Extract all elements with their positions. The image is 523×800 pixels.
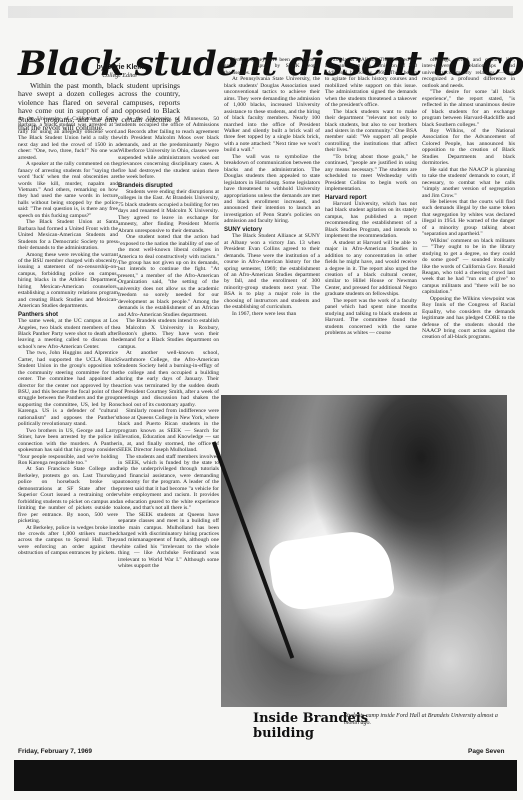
column-4-body: 20 blacks at Albany. They formed the BSA… — [325, 57, 417, 193]
issue-date: Friday, February 7, 1969 — [18, 748, 92, 755]
article-paragraph: The students and staff members involved … — [118, 454, 219, 512]
article-paragraph: Two brothers in US, George and Larry Sti… — [18, 428, 118, 467]
article-paragraph: In 1967, there were less than — [224, 311, 320, 317]
article-paragraph: At the University of California at Santa… — [18, 116, 118, 161]
article-paragraph: Students were ending their disruptions a… — [118, 189, 219, 234]
article-paragraph: At San Francisco State College and Berke… — [18, 466, 118, 524]
article-paragraph: At the University of Minnesota, 50 stude… — [118, 116, 219, 181]
article-paragraph: demands, they have been asked not to ent… — [224, 57, 320, 76]
photo-detail — [267, 527, 396, 613]
byline-role: College Editor — [60, 72, 180, 80]
column-3-body-b: The Black Student Alliance at SUNY at Al… — [224, 233, 320, 317]
article-paragraph: Roy Wilkins, of the National Association… — [422, 128, 515, 167]
newspaper-page: Black student dissent to continue by Dor… — [0, 0, 523, 800]
article-paragraph: A speaker at the rally commented on the … — [18, 161, 118, 219]
column-3: demands, they have been asked not to ent… — [224, 57, 320, 317]
brandeis-photo — [221, 395, 507, 707]
byline: by Dorie Klein College Editor — [60, 64, 180, 80]
column-5-body: offerings, social and cultural life, int… — [422, 57, 515, 341]
article-paragraph: The black students want to make their de… — [325, 109, 417, 154]
article-paragraph: A student at Harvard will be able to maj… — [325, 240, 417, 298]
top-border — [8, 6, 513, 18]
article-paragraph: He believes that the courts will find su… — [422, 199, 515, 238]
column-4: 20 blacks at Albany. They formed the BSA… — [325, 57, 417, 336]
page-number: Page Seven — [468, 748, 505, 755]
article-paragraph: "To bring about those goals," he continu… — [325, 154, 417, 193]
article-paragraph: At Pennsylvania State University, the bl… — [224, 76, 320, 153]
article-paragraph: offerings, social and cultural life, int… — [422, 57, 515, 89]
photo-caption: Students camp inside Ford Hall at Brande… — [344, 713, 504, 727]
column-2: At the University of Minnesota, 50 stude… — [118, 116, 219, 570]
article-paragraph: The Black Student Union at Santa Barbara… — [18, 219, 118, 251]
column-1-body-b: The same week, at the UC campus at Los A… — [18, 318, 118, 557]
article-paragraph: Harvard University, which has not had bl… — [325, 201, 417, 240]
column-3-body: demands, they have been asked not to ent… — [224, 57, 320, 225]
byline-author: by Dorie Klein — [60, 64, 180, 72]
article-paragraph: The SEEK students at Queens have separat… — [118, 512, 219, 570]
article-paragraph: At another well-known school, Swarthmore… — [118, 350, 219, 408]
article-paragraph: The Black Student Alliance at SUNY at Al… — [224, 233, 320, 310]
article-paragraph: The two, John Huggins and Alprentice Car… — [18, 350, 118, 427]
column-1-body: At the University of California at Santa… — [18, 116, 118, 310]
photo-title-line2: building — [253, 726, 368, 741]
article-paragraph: The same week, at the UC campus at Los A… — [18, 318, 118, 350]
article-paragraph: Opposing the Wilkins viewpoint was Roy I… — [422, 296, 515, 341]
column-2-body: At the University of Minnesota, 50 stude… — [118, 116, 219, 181]
article-paragraph: "The desire for some 'all black experien… — [422, 89, 515, 128]
column-4-body-b: Harvard University, which has not had bl… — [325, 201, 417, 337]
article-paragraph: The wall was to symbolize the breakdown … — [224, 154, 320, 225]
column-1: At the University of California at Santa… — [18, 116, 118, 557]
article-paragraph: 20 blacks at Albany. They formed the BSA… — [325, 57, 417, 109]
article-paragraph: At Berkeley, police in wedges broke into… — [18, 525, 118, 557]
column-2-body-b: Students were ending their disruptions a… — [118, 189, 219, 570]
article-paragraph: Among these were revoking the warrant of… — [18, 252, 118, 310]
article-paragraph: The Brandeis students intend to establis… — [118, 318, 219, 350]
article-paragraph: He said that the NAACP is planning to ta… — [422, 167, 515, 199]
bottom-rule — [14, 760, 517, 791]
article-paragraph: The report was the work of a faculty pan… — [325, 298, 417, 337]
article-paragraph: Similarly roused from indifference were … — [118, 408, 219, 453]
article-paragraph: Wilkins' comment on black militants — "T… — [422, 238, 515, 296]
article-paragraph: One student noted that the action had "e… — [118, 234, 219, 318]
column-5: offerings, social and cultural life, int… — [422, 57, 515, 341]
